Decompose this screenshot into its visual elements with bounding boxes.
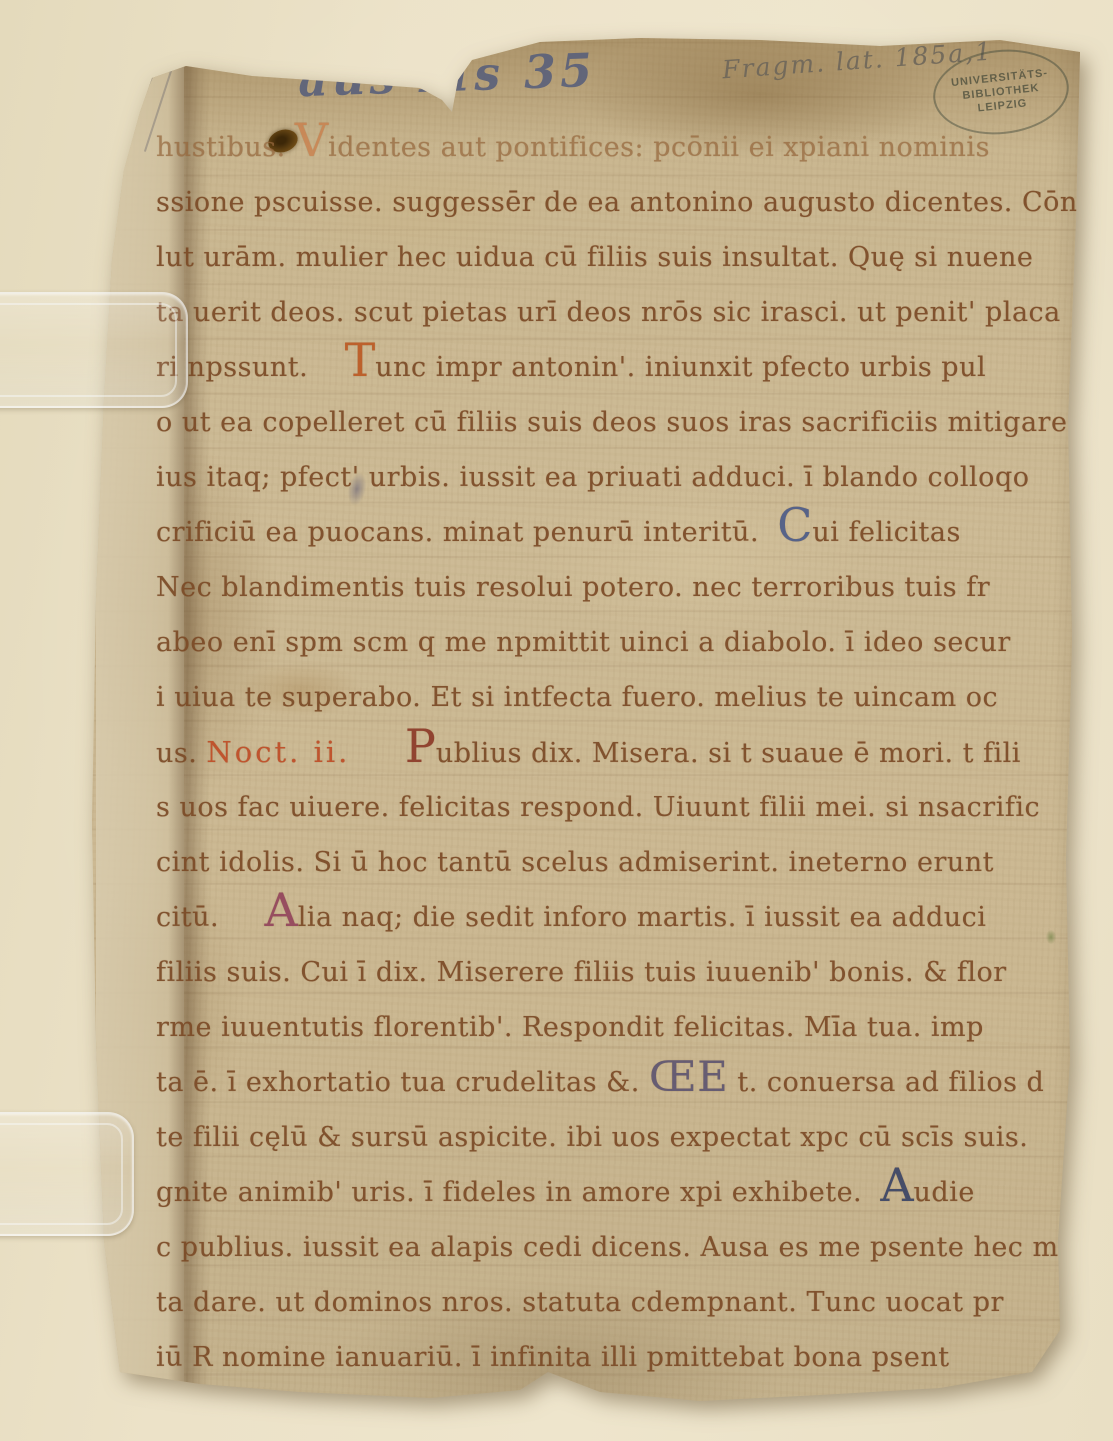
text-line: ssione pscuisse. suggessēr de ea antonin… xyxy=(0,175,1113,230)
text-line: us. Noct. ii. Publius dix. Misera. si t … xyxy=(0,725,1113,780)
photo-mount: aus Ms 35 Fragm. lat. 185a,1 UNIVERSITÄT… xyxy=(0,0,1113,1441)
text-line: lut urām. mulier hec uidua cū filiis sui… xyxy=(0,230,1113,285)
text-line: Nec blandimentis tuis resolui potero. ne… xyxy=(0,560,1113,615)
text-line: rme iuuentutis florentib'. Respondit fel… xyxy=(0,1000,1113,1055)
manuscript-page: aus Ms 35 Fragm. lat. 185a,1 UNIVERSITÄT… xyxy=(0,0,1113,1441)
text-line: i uiua te superabo. Et si intfecta fuero… xyxy=(0,670,1113,725)
text-line: crificiū ea puocans. minat penurū interi… xyxy=(0,505,1113,560)
text-line: ta dare. ut dominos nros. statuta cdempn… xyxy=(0,1275,1113,1330)
film-clip-top xyxy=(0,292,188,408)
text-line: cint idolis. Si ū hoc tantū scelus admis… xyxy=(0,835,1113,890)
text-line: te filii cęlū & sursū aspicite. ibi uos … xyxy=(0,1110,1113,1165)
shelfmark-annotation: aus Ms 35 xyxy=(297,43,597,107)
text-line: ta ē. ī exhortatio tua crudelitas &. ŒE … xyxy=(0,1055,1113,1110)
parchment-shadow-wrapper: aus Ms 35 Fragm. lat. 185a,1 UNIVERSITÄT… xyxy=(0,0,1113,1441)
text-line: filiis suis. Cui ī dix. Miserere filiis … xyxy=(0,945,1113,1000)
folio-number: 1 xyxy=(1073,43,1113,96)
text-line: ius itaq; pfect' urbis. iussit ea priuat… xyxy=(0,450,1113,505)
text-line: abeo enī spm scm q me npmittit uinci a d… xyxy=(0,615,1113,670)
text-line: citū. Alia naq; die sedit inforo martis.… xyxy=(0,890,1113,945)
text-line: hustibus. Videntes aut pontifices: pcōni… xyxy=(0,120,1113,175)
text-line: c publius. iussit ea alapis cedi dicens.… xyxy=(0,1220,1113,1275)
text-line: iū R nomine ianuariū. ī infinita illi pm… xyxy=(0,1330,1113,1385)
text-line: gnite animib' uris. ī fideles in amore x… xyxy=(0,1165,1113,1220)
film-clip-bottom xyxy=(0,1112,134,1236)
text-line: s uos fac uiuere. felicitas respond. Uiu… xyxy=(0,780,1113,835)
